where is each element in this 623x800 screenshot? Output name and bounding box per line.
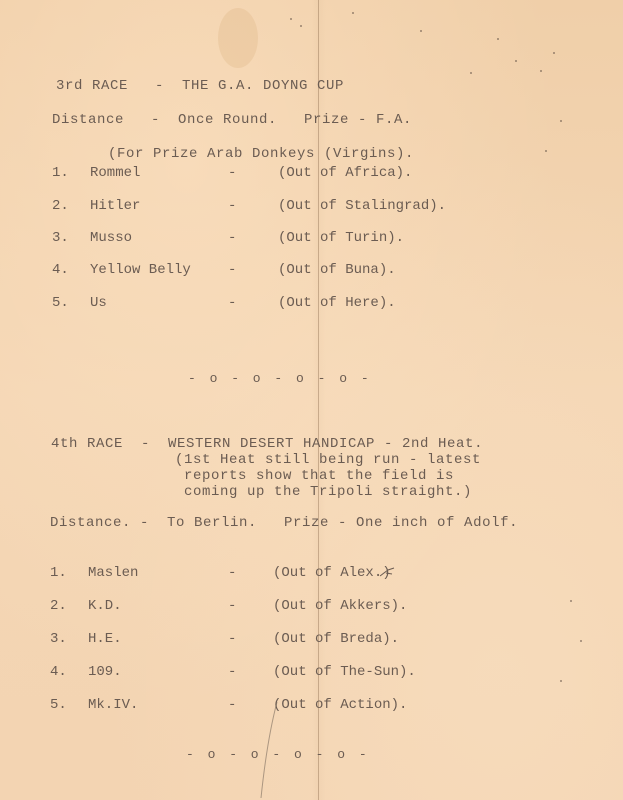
entry-origin: (Out of Action). xyxy=(273,697,407,713)
entry-name: Yellow Belly xyxy=(90,262,191,278)
speck xyxy=(580,640,582,642)
speck xyxy=(420,30,422,32)
entry-name: Us xyxy=(90,295,107,311)
entry-name: H.E. xyxy=(88,631,122,647)
entry-name: K.D. xyxy=(88,598,122,614)
entry-dash: - xyxy=(228,230,236,246)
entry-name: 109. xyxy=(88,664,122,680)
speck xyxy=(290,18,292,20)
section-separator: - o - o - o - o - xyxy=(188,371,372,386)
entry-origin: (Out of Akkers). xyxy=(273,598,407,614)
entry-dash: - xyxy=(228,262,236,278)
entry-number: 5. xyxy=(50,697,67,713)
entry-number: 5. xyxy=(52,295,69,311)
entry-number: 3. xyxy=(52,230,69,246)
entry-origin: (Out of Stalingrad). xyxy=(278,198,446,214)
entry-dash: - xyxy=(228,664,236,680)
entry-origin: (Out of Alex.) xyxy=(273,565,391,581)
race-4-note-line: coming up the Tripoli straight.) xyxy=(175,484,472,500)
entry-number: 1. xyxy=(50,565,67,581)
entry-number: 4. xyxy=(52,262,69,278)
entry-name: Rommel xyxy=(90,165,140,181)
entry-number: 3. xyxy=(50,631,67,647)
speck xyxy=(470,72,472,74)
entry-origin: (Out of Africa). xyxy=(278,165,412,181)
entry-origin: (Out of Here). xyxy=(278,295,396,311)
entry-name: Mk.IV. xyxy=(88,697,138,713)
speck xyxy=(300,25,302,27)
entry-number: 4. xyxy=(50,664,67,680)
speck xyxy=(352,12,354,14)
entry-dash: - xyxy=(228,697,236,713)
entry-origin: (Out of Turin). xyxy=(278,230,404,246)
entry-dash: - xyxy=(228,165,236,181)
pencil-mark-icon xyxy=(378,564,398,580)
race-4-distance: Distance. - To Berlin. Prize - One inch … xyxy=(50,515,518,531)
race-3-heading: 3rd RACE - THE G.A. DOYNG CUP xyxy=(56,78,344,94)
entry-origin: (Out of The-Sun). xyxy=(273,664,416,680)
speck xyxy=(570,600,572,602)
entry-name: Maslen xyxy=(88,565,138,581)
entry-name: Hitler xyxy=(90,198,140,214)
entry-dash: - xyxy=(228,565,236,581)
entry-name: Musso xyxy=(90,230,132,246)
race-4-heading: 4th RACE - WESTERN DESERT HANDICAP - 2nd… xyxy=(51,436,483,452)
speck xyxy=(553,52,555,54)
pencil-stroke-icon xyxy=(255,700,285,800)
speck xyxy=(545,150,547,152)
speck xyxy=(497,38,499,40)
entry-dash: - xyxy=(228,598,236,614)
race-3-subtitle: (For Prize Arab Donkeys (Virgins). xyxy=(108,146,414,162)
race-4-note-line: reports show that the field is xyxy=(175,468,454,484)
race-3-distance: Distance - Once Round. Prize - F.A. xyxy=(52,112,412,128)
speck xyxy=(540,70,542,72)
water-stain xyxy=(218,8,258,68)
entry-number: 2. xyxy=(50,598,67,614)
speck xyxy=(515,60,517,62)
entry-origin: (Out of Breda). xyxy=(273,631,399,647)
race-4-note-line: (1st Heat still being run - latest xyxy=(175,452,481,468)
entry-origin: (Out of Buna). xyxy=(278,262,396,278)
entry-dash: - xyxy=(228,295,236,311)
entry-number: 1. xyxy=(52,165,69,181)
speck xyxy=(560,680,562,682)
entry-dash: - xyxy=(228,198,236,214)
entry-number: 2. xyxy=(52,198,69,214)
speck xyxy=(560,120,562,122)
entry-dash: - xyxy=(228,631,236,647)
